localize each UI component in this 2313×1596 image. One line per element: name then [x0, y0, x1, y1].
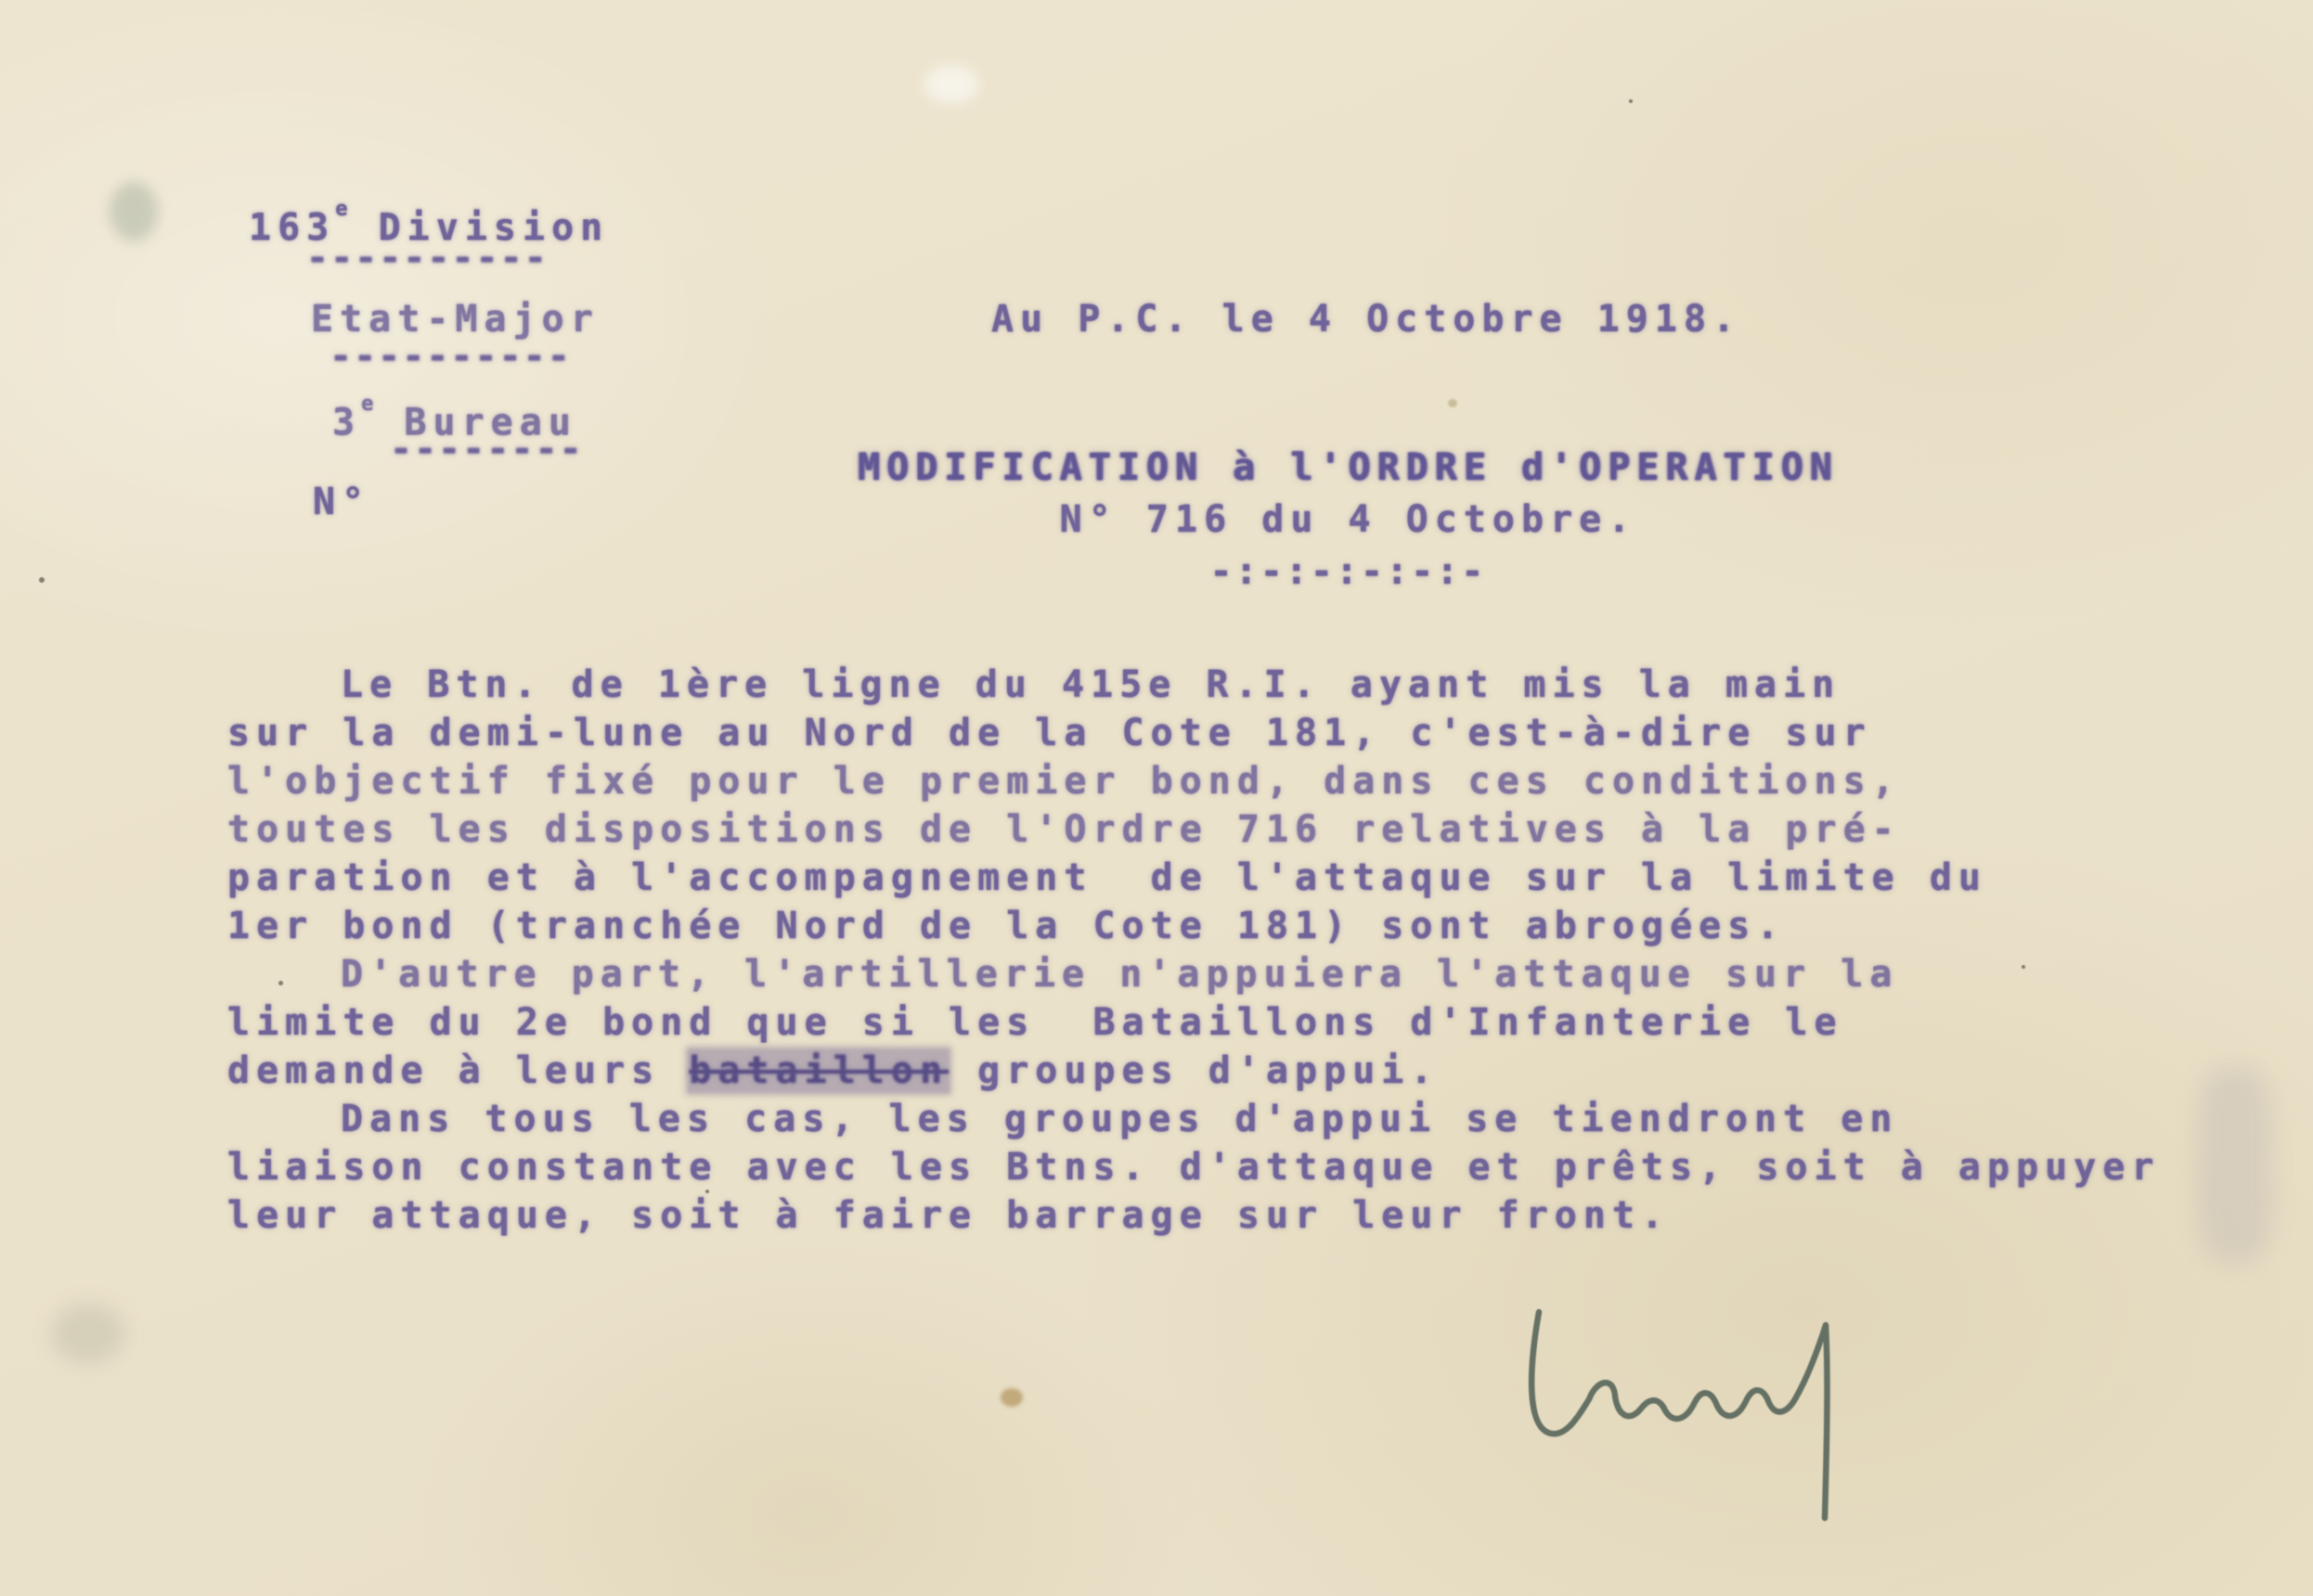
body-line: toutes les dispositions de l'Ordre 716 r…	[227, 805, 2279, 854]
document-title: MODIFICATION à l'ORDRE d'OPERATION	[840, 444, 1856, 492]
body-line: paration et à l'accompagnement de l'atta…	[227, 854, 2279, 902]
numero-label: N°	[313, 478, 370, 526]
body-line: Le Btn. de 1ère ligne du 415e R.I. ayant…	[227, 661, 2279, 709]
overstruck-word: bataillon	[689, 1049, 949, 1092]
body-line: limite du 2e bond que si les Bataillons …	[227, 998, 2279, 1047]
dateline: Au P.C. le 4 Octobre 1918.	[991, 295, 1741, 343]
body-line: demande à leurs bataillon groupes d'appu…	[227, 1047, 2279, 1095]
body-line: D'autre part, l'artillerie n'appuiera l'…	[227, 950, 2279, 998]
body-line: 1er bond (tranchée Nord de la Cote 181) …	[227, 902, 2279, 950]
body-line: leur attaque, soit à faire barrage sur l…	[227, 1191, 2279, 1240]
paper-stain	[51, 1304, 125, 1364]
paper-stain	[110, 182, 158, 241]
ordinal-superscript: e	[335, 198, 349, 221]
typed-rule: --------	[390, 425, 584, 473]
bureau-number: 3	[332, 401, 361, 444]
body-line: l'objectif fixé pour le premier bond, da…	[227, 757, 2279, 805]
paper-speck	[1629, 99, 1633, 103]
document-title-block: MODIFICATION à l'ORDRE d'OPERATION N° 71…	[840, 444, 1856, 588]
ordinal-superscript: e	[361, 393, 375, 416]
body-text-block: Le Btn. de 1ère ligne du 415e R.I. ayant…	[227, 661, 2279, 1240]
body-text: demande à leurs	[227, 1049, 689, 1092]
body-line: Dans tous les cas, les groupes d'appui s…	[227, 1095, 2279, 1143]
paper-speck	[39, 577, 45, 583]
title-separator: -:-:-:-:-:-	[840, 547, 1856, 596]
signature	[1513, 1292, 1949, 1542]
paper-stain	[1001, 1388, 1023, 1407]
paper-stain	[1448, 399, 1457, 407]
document-page: 163e Division ---------- Etat-Major ----…	[0, 0, 2313, 1596]
typed-rule: ----------	[330, 332, 572, 380]
body-text: groupes d'appui.	[949, 1049, 1439, 1092]
typed-rule: ----------	[306, 234, 549, 282]
body-line: sur la demi-lune au Nord de la Cote 181,…	[227, 709, 2279, 757]
signature-stroke	[1513, 1292, 1949, 1542]
paper-highlight	[924, 65, 979, 104]
body-line: liaison constante avec les Btns. d'attaq…	[227, 1143, 2279, 1191]
document-subtitle: N° 716 du 4 Octobre.	[840, 496, 1856, 544]
